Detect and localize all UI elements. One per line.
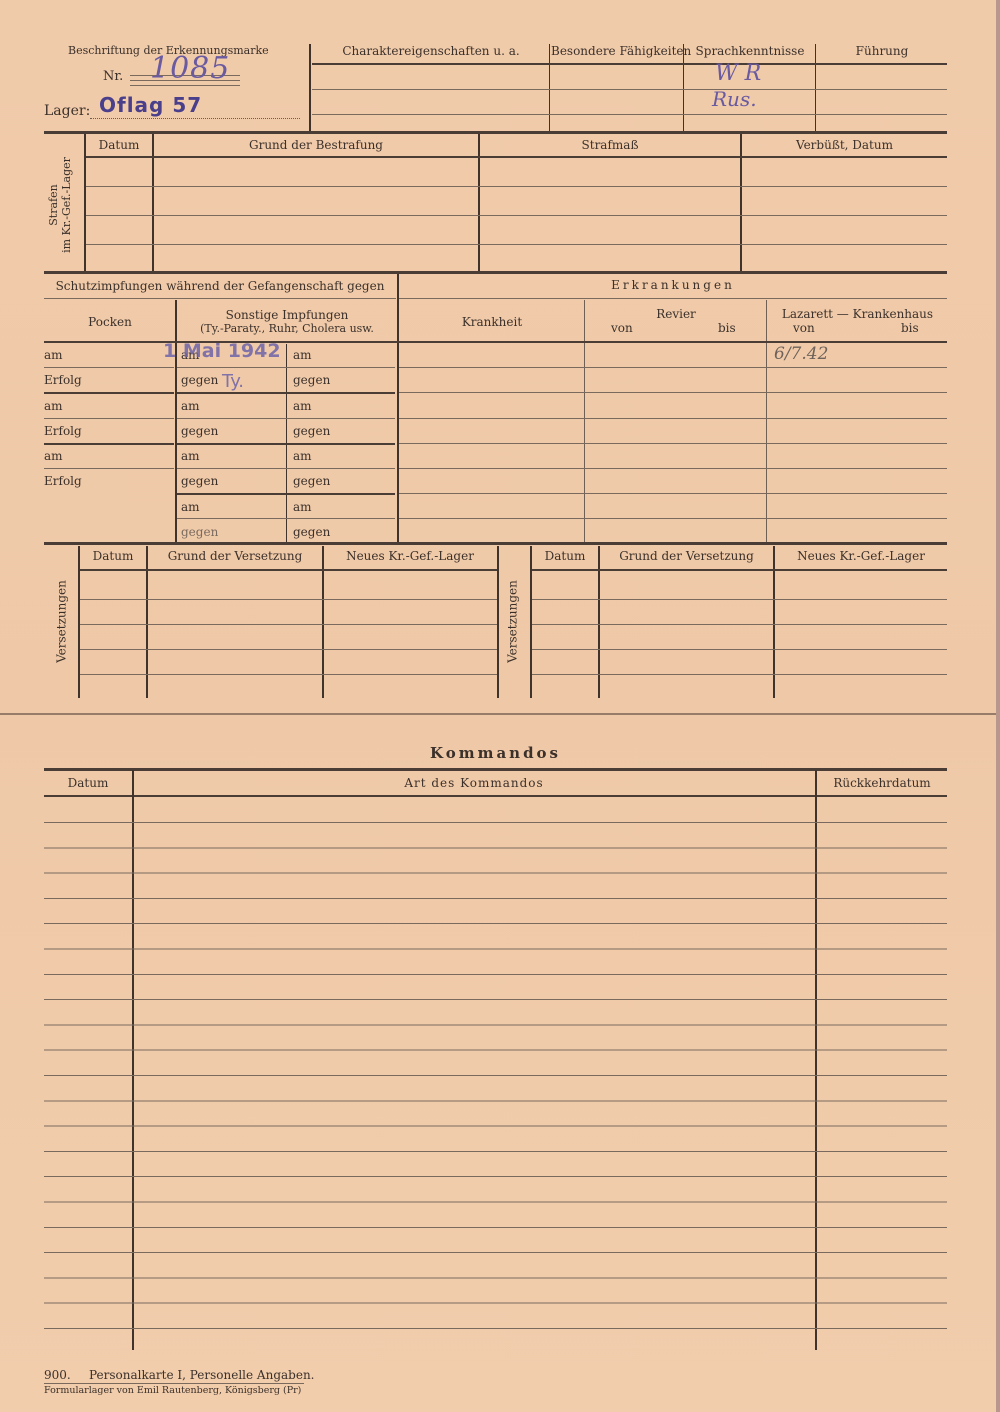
row-line (532, 649, 947, 650)
header-datum: Datum (86, 138, 152, 152)
kommandos-header-rule (44, 795, 947, 797)
col-divider (175, 300, 177, 542)
header-grund-der-versetzung: Grund der Versetzung (148, 549, 322, 563)
sonstige-cell: gegen (293, 525, 330, 539)
header-verbuesst-datum: Verbüßt, Datum (742, 138, 947, 152)
header-sonstige-2: (Ty.-Paraty., Ruhr, Cholera usw. (177, 322, 397, 336)
versetzungen-side-label-right: Versetzungen (507, 562, 520, 682)
sonstige-cell: gegen (293, 424, 330, 438)
pocken-row: Erfolg (44, 373, 82, 387)
row-line (80, 649, 497, 650)
col-divider (683, 44, 684, 132)
header-rueckkehrdatum: Rückkehrdatum (817, 776, 947, 790)
strafen-header-rule (86, 156, 947, 158)
sonstige-cell: am (181, 449, 200, 463)
lazarett-von-value: 6/7.42 (774, 344, 828, 364)
sonstige-cell: gegen (181, 525, 218, 539)
col-divider (584, 300, 585, 542)
pocken-row: am (44, 449, 63, 463)
section-rule (44, 542, 947, 545)
impfungen-title: Schutzimpfungen während der Gefangenscha… (44, 279, 396, 293)
lazarett-von: von (793, 321, 815, 335)
row-line (44, 443, 174, 445)
sonstige-cell: am (293, 449, 312, 463)
sonstige-cell: am (293, 500, 312, 514)
row-line (86, 186, 947, 187)
publisher: Formularlager von Emil Rautenberg, König… (44, 1385, 301, 1396)
row-line (399, 493, 947, 494)
header-art-des-kommandos: Art des Kommandos (134, 776, 814, 790)
header-pocken: Pocken (44, 315, 176, 329)
sonstige-cell: gegen (181, 373, 218, 387)
row-line (177, 367, 395, 368)
sprachkenntnisse-value-2: Rus. (712, 88, 757, 110)
lager-stamp: Oflag 57 (99, 94, 202, 116)
sonstige-cell: gegen (293, 474, 330, 488)
form-number: 900. (44, 1368, 71, 1382)
nr-value-handwritten: 1085 (150, 52, 230, 86)
row-line (177, 418, 395, 419)
pocken-row: Erfolg (44, 474, 82, 488)
lager-label: Lager: (44, 104, 90, 118)
pocken-row: am (44, 348, 63, 362)
header-sprachkenntnisse: Sprachkenntnisse (685, 44, 815, 58)
row-line (399, 367, 947, 368)
pocken-row: am (44, 399, 63, 413)
row-line (177, 443, 395, 445)
top-table-header-rule (312, 63, 947, 65)
header-besondere-faehigkeiten: Besondere Fähigkeiten (551, 44, 683, 58)
sonstige-cell: am (181, 500, 200, 514)
row-line (177, 518, 395, 519)
row-line (399, 418, 947, 419)
revier-von: von (611, 321, 633, 335)
sonstige-cell: am (293, 348, 312, 362)
header-datum: Datum (80, 549, 146, 563)
col-divider (152, 134, 154, 271)
row-line (399, 518, 947, 519)
header-grund-der-versetzung: Grund der Versetzung (600, 549, 773, 563)
lazarett-bis: bis (901, 321, 919, 335)
strafen-side-label-1: Strafen (47, 184, 60, 225)
row-line (80, 674, 497, 675)
strafen-side-label: Strafen im Kr.-Gef.-Lager (47, 145, 73, 265)
col-divider (815, 44, 816, 132)
header-charaktereigenschaften: Charaktereigenschaften u. a. (314, 44, 548, 58)
header-fuehrung: Führung (817, 44, 947, 58)
lager-dotted-line (90, 118, 300, 119)
kommandos-top-rule (44, 768, 947, 771)
header-datum: Datum (532, 549, 598, 563)
paper-fold-line (0, 713, 996, 715)
pocken-row: Erfolg (44, 424, 82, 438)
kommandos-ruled-rows (44, 822, 947, 1332)
strafen-side-divider (84, 134, 86, 271)
section-rule (44, 131, 947, 134)
kommandos-title: Kommandos (44, 744, 947, 762)
sonstige-cell: gegen (293, 373, 330, 387)
sonstige-cell: am (181, 399, 200, 413)
nr-label: Nr. (103, 70, 123, 84)
row-line (44, 367, 174, 368)
row-line (44, 468, 174, 469)
header-revier: Revier (586, 307, 766, 321)
row-line (177, 468, 395, 469)
header-sonstige-1: Sonstige Impfungen (177, 308, 397, 322)
row-line (312, 89, 947, 90)
id-block-divider (309, 44, 311, 132)
row-line (399, 443, 947, 444)
row-line (532, 599, 947, 600)
header-lazarett: Lazarett — Krankenhaus (768, 307, 947, 321)
col-divider (766, 300, 767, 542)
header-strafmass: Strafmaß (480, 138, 740, 152)
vaccination-type-stamp: Ty. (222, 372, 244, 392)
header-neues-lager: Neues Kr.-Gef.-Lager (775, 549, 947, 563)
sonstige-cell: gegen (181, 424, 218, 438)
header-neues-lager: Neues Kr.-Gef.-Lager (324, 549, 496, 563)
sonstige-cell: gegen (181, 474, 218, 488)
sprachkenntnisse-value-1: W R (715, 62, 761, 86)
page-edge (996, 0, 1000, 1412)
impfungen-title-rule (44, 298, 396, 299)
revier-bis: bis (718, 321, 736, 335)
header-datum: Datum (44, 776, 132, 790)
versetzungen-middle-divider (497, 546, 499, 698)
erkrankungen-title-rule (399, 298, 947, 299)
row-line (177, 493, 395, 495)
row-line (86, 244, 947, 245)
versetzungen-header-rule (532, 569, 947, 571)
row-line (44, 392, 174, 394)
section-rule (44, 271, 947, 274)
row-line (86, 215, 947, 216)
header-krankheit: Krankheit (399, 315, 585, 329)
versetzungen-side-label-left: Versetzungen (56, 562, 69, 682)
row-line (177, 392, 395, 394)
row-line (532, 624, 947, 625)
strafen-side-label-2: im Kr.-Gef.-Lager (60, 157, 73, 253)
row-line (399, 468, 947, 469)
row-line (532, 674, 947, 675)
col-divider (478, 134, 480, 271)
row-line (312, 114, 947, 115)
footer-rule (44, 1383, 304, 1384)
form-title: Personalkarte I, Personelle Angaben. (89, 1368, 314, 1382)
col-divider (549, 44, 550, 132)
sonstige-cell: am (293, 399, 312, 413)
versetzungen-header-rule (80, 569, 497, 571)
row-line (80, 624, 497, 625)
row-line (44, 418, 174, 419)
col-divider (740, 134, 742, 271)
vaccination-date-stamp: 1 Mai 1942 (163, 340, 281, 362)
row-line (399, 392, 947, 393)
header-grund-der-bestrafung: Grund der Bestrafung (154, 138, 478, 152)
erkrankungen-title: Erkrankungen (399, 278, 947, 292)
row-line (80, 599, 497, 600)
